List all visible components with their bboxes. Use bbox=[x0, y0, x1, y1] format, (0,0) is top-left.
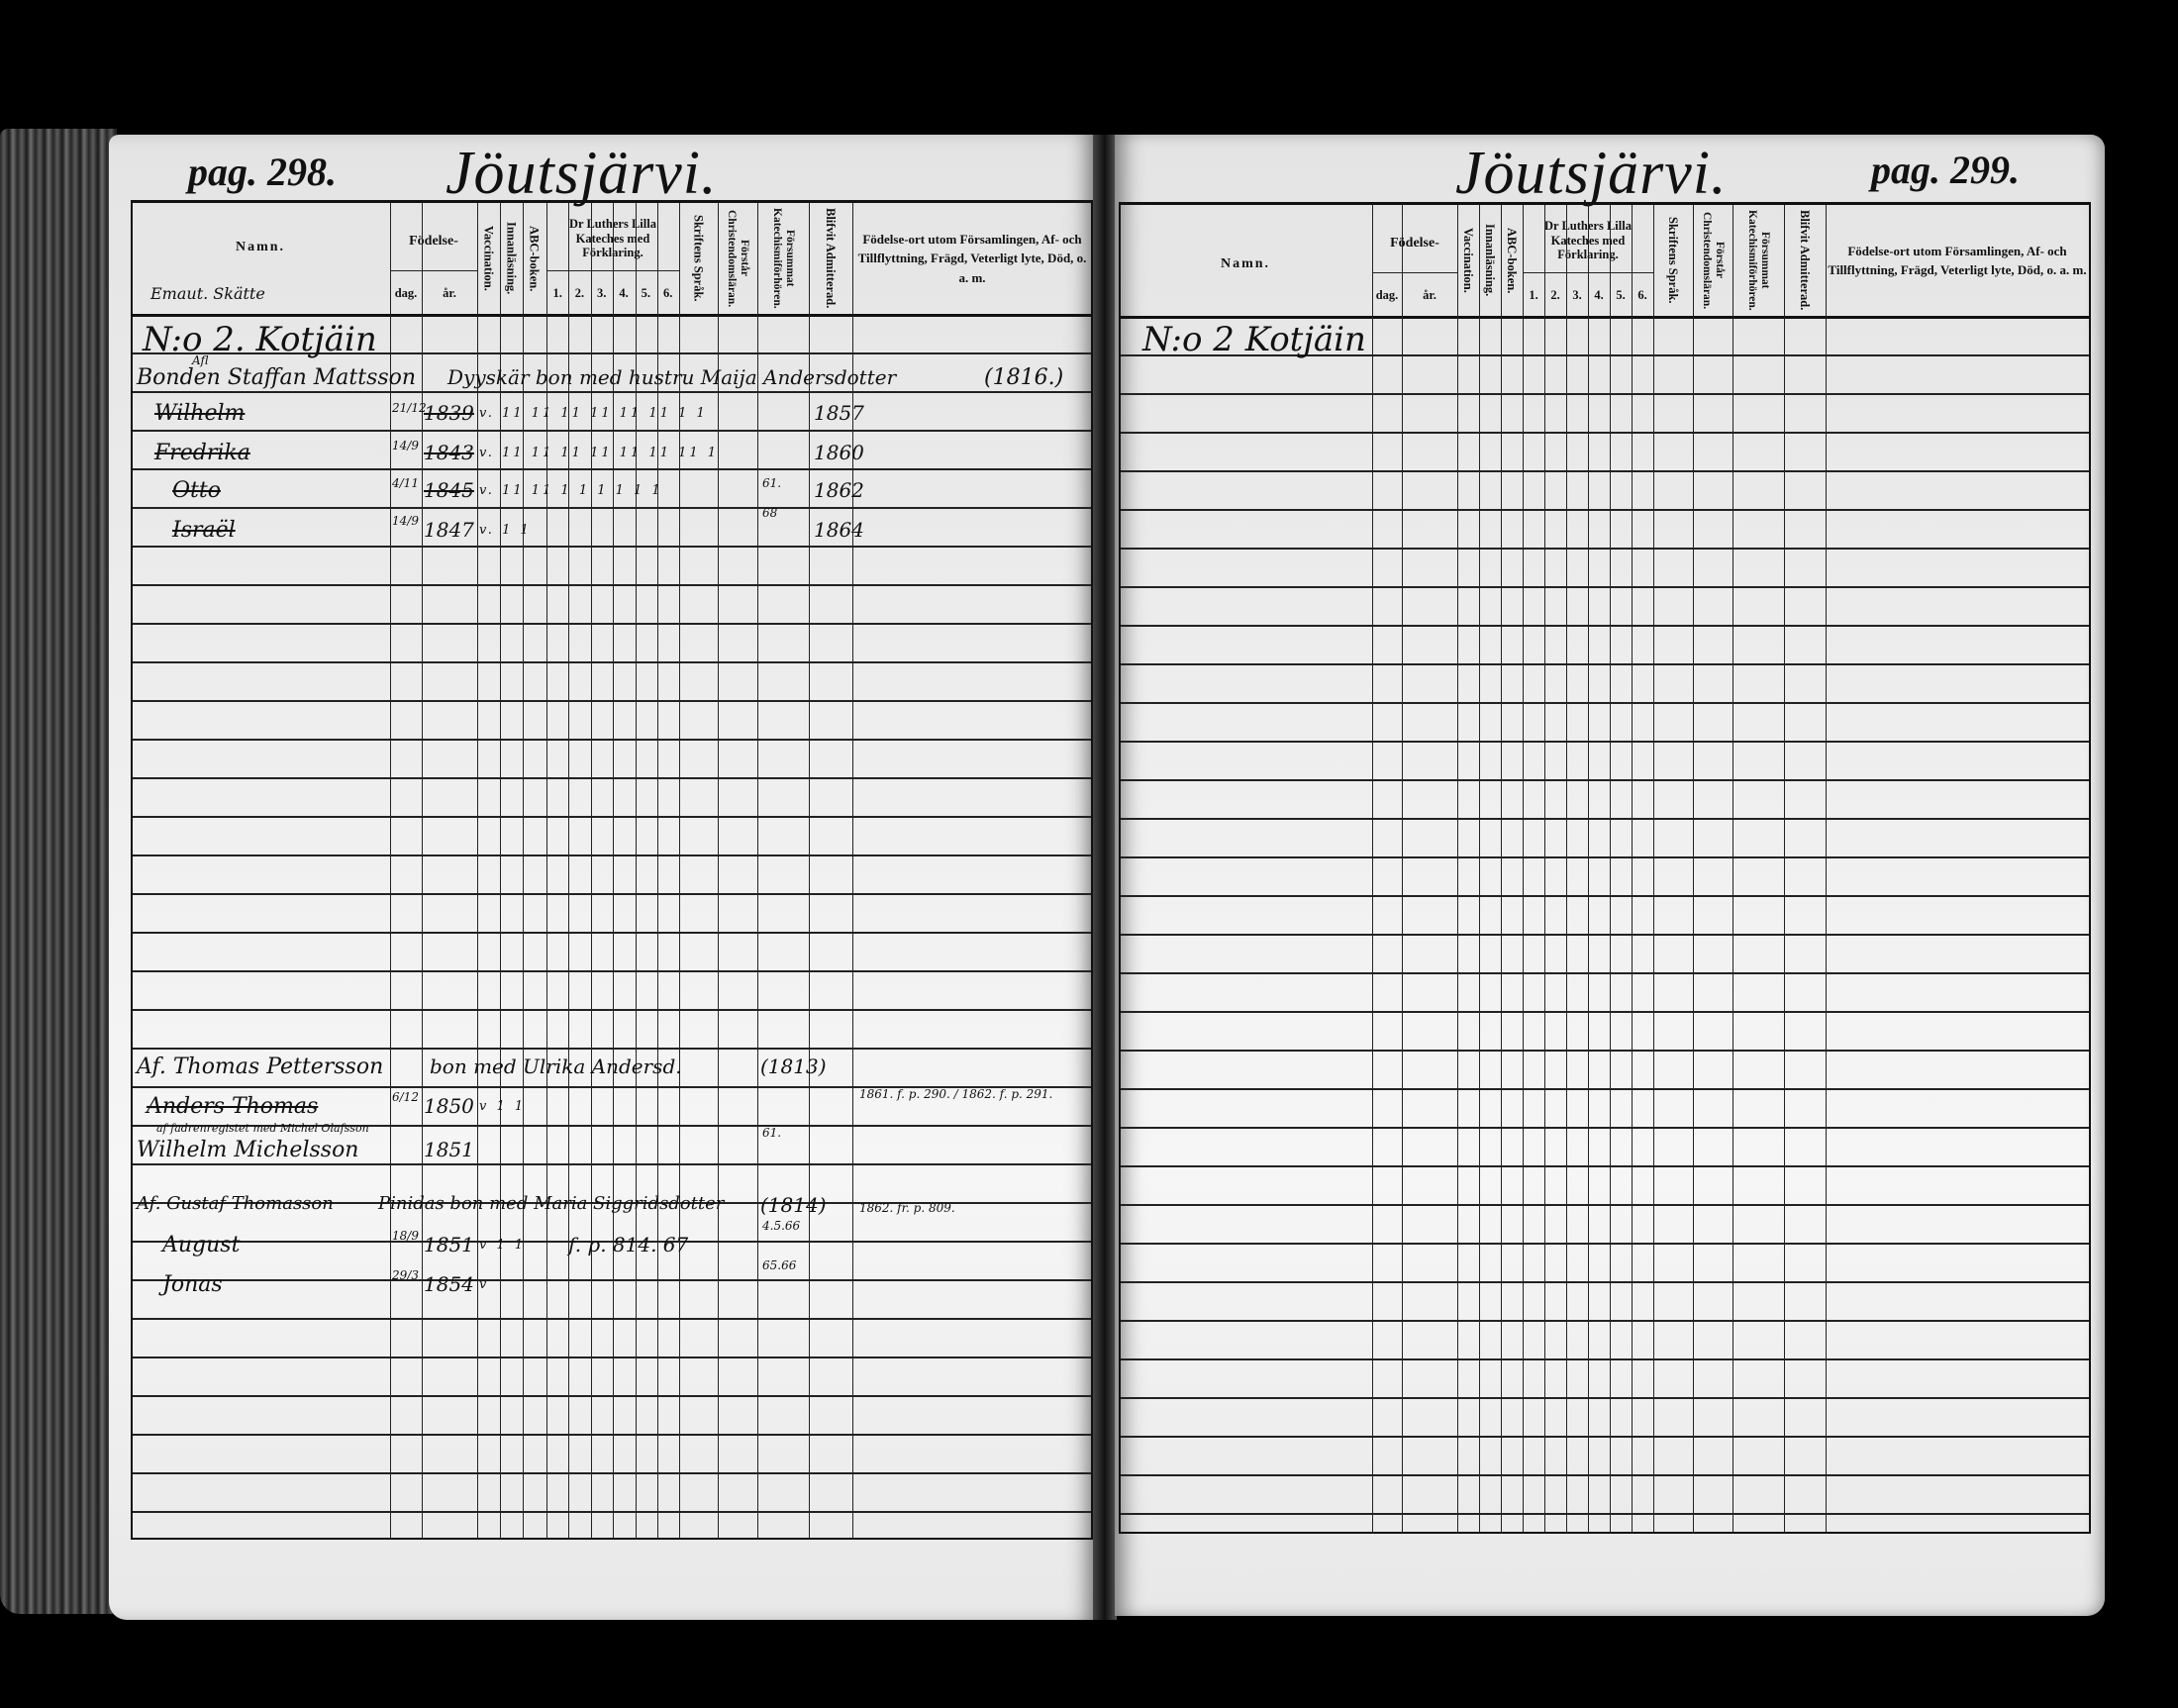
column-rule bbox=[1653, 205, 1654, 1532]
column-rule bbox=[591, 203, 592, 1538]
column-rule bbox=[757, 203, 758, 1538]
namn-header: Namn. bbox=[1121, 225, 1370, 304]
row-rule bbox=[133, 1434, 1091, 1436]
katekes-part-header: 2. bbox=[1544, 276, 1566, 314]
row-rule bbox=[133, 430, 1091, 432]
blifvit-header: Blifvit Admitterad. bbox=[809, 207, 852, 310]
row-rule bbox=[133, 854, 1091, 856]
row-rule bbox=[1121, 934, 2089, 936]
dag-header: dag. bbox=[390, 274, 422, 312]
column-rule bbox=[1457, 205, 1458, 1532]
fodelseort-header: Födelse-ort utom Församlingen, Af- och T… bbox=[855, 213, 1089, 304]
row-rule bbox=[133, 1511, 1091, 1513]
entry-bracket-note: f. p. 814. 67 bbox=[568, 1233, 688, 1256]
row-rule bbox=[1121, 1243, 2089, 1245]
column-rule bbox=[1402, 205, 1403, 1532]
column-rule bbox=[718, 203, 719, 1538]
row-rule bbox=[1121, 856, 2089, 858]
row-rule bbox=[1121, 509, 2089, 511]
entry-forsummat: 61. bbox=[762, 476, 781, 490]
entry-name: Anders Thomas bbox=[147, 1094, 318, 1119]
row-rule bbox=[1121, 1127, 2089, 1129]
column-rule bbox=[809, 203, 810, 1538]
entry-year: 1843 bbox=[424, 441, 474, 464]
entry-details: Dyyskär bon med hustru Maija Andersdotte… bbox=[447, 365, 896, 389]
vaccination-header: Vaccination. bbox=[1457, 209, 1479, 312]
row-rule bbox=[133, 1395, 1091, 1397]
entry-forsummat: 4.5.66 bbox=[762, 1219, 800, 1233]
entry-dag: 4/11 bbox=[392, 476, 419, 490]
right-ledger-table: Namn. Födelse- dag. år. Vaccination. Inn… bbox=[1119, 202, 2091, 1534]
entry-year: 1851 bbox=[424, 1233, 474, 1256]
row-rule bbox=[1121, 393, 2089, 395]
namn-header: Namn. bbox=[133, 223, 388, 272]
katekes-part-header: 5. bbox=[1610, 276, 1632, 314]
entry-name: Bonden Staffan Mattsson bbox=[137, 365, 416, 390]
household-heading: N:o 2 Kotjäin bbox=[1142, 320, 1366, 359]
row-rule bbox=[133, 623, 1091, 625]
entry-forsummat: 65.66 bbox=[762, 1258, 796, 1272]
ar-header: år. bbox=[1402, 276, 1457, 314]
entry-year: 1845 bbox=[424, 478, 474, 502]
ar-header: år. bbox=[422, 274, 477, 312]
column-rule bbox=[613, 203, 614, 1538]
row-rule bbox=[133, 700, 1091, 702]
entry-name: Fredrika bbox=[154, 441, 250, 465]
entry-details: bon med Ulrika Andersd. bbox=[430, 1055, 682, 1078]
katekes-part-header: 6. bbox=[657, 274, 679, 312]
entry-year-note: (1816.) bbox=[984, 365, 1063, 390]
entry-marks: v. 11 11 1 1 1 1 1 1 bbox=[479, 483, 663, 498]
forsummat-header: Försummat Katechismiförhören. bbox=[757, 207, 809, 310]
row-rule bbox=[1121, 1436, 2089, 1438]
row-rule bbox=[1121, 1204, 2089, 1206]
row-rule bbox=[133, 391, 1091, 393]
entry-year: 1850 bbox=[424, 1094, 474, 1118]
row-rule bbox=[133, 1472, 1091, 1474]
abc-header: ABC-boken. bbox=[1501, 209, 1523, 312]
vaccination-header: Vaccination. bbox=[477, 207, 500, 310]
forstar-header: Förstår Christendomsläran. bbox=[718, 207, 757, 310]
row-rule bbox=[1121, 432, 2089, 434]
row-rule bbox=[1121, 1320, 2089, 1322]
left-ledger-header: Namn. Emaut. Skätte Födelse- dag. år. Va… bbox=[133, 203, 1091, 317]
row-rule bbox=[1121, 663, 2089, 665]
row-rule bbox=[133, 507, 1091, 509]
entry-marks: v. 1 1 bbox=[479, 523, 532, 538]
skriftens-header: Skriftens Språk. bbox=[679, 207, 718, 310]
forsummat-header: Försummat Katechismiförhören. bbox=[1732, 209, 1784, 312]
entry-move-note: 1861. f. p. 290. / 1862. f. p. 291. bbox=[859, 1084, 1052, 1104]
entry-forsummat: 68 bbox=[762, 506, 777, 520]
column-rule bbox=[1372, 205, 1373, 1532]
forstar-header: Förstår Christendomsläran. bbox=[1693, 209, 1732, 312]
column-rule bbox=[500, 203, 501, 1538]
row-rule bbox=[1121, 470, 2089, 472]
entry-dag: 14/9 bbox=[392, 439, 419, 452]
entry-year-note: (1813) bbox=[760, 1055, 827, 1078]
entry-dag: 21/12 bbox=[392, 401, 427, 415]
column-rule bbox=[1693, 205, 1694, 1532]
entry-name: Wilhelm Michelsson bbox=[137, 1138, 358, 1162]
row-rule bbox=[1121, 1088, 2089, 1090]
entry-year: 1847 bbox=[424, 518, 474, 542]
entry-dag: 18/9 bbox=[392, 1229, 419, 1243]
fodelseort-header: Födelse-ort utom Församlingen, Af- och T… bbox=[1828, 215, 2087, 306]
entry-marks: v bbox=[479, 1277, 486, 1292]
entry-name: Jonas bbox=[162, 1272, 223, 1297]
subheader-note: Emaut. Skätte bbox=[150, 284, 265, 303]
row-rule bbox=[1121, 1358, 2089, 1360]
abc-header: ABC-boken. bbox=[523, 207, 545, 310]
row-rule bbox=[133, 546, 1091, 548]
entry-marks: v 1 1 bbox=[479, 1238, 526, 1253]
row-rule bbox=[133, 893, 1091, 895]
column-rule bbox=[1566, 205, 1567, 1532]
row-rule bbox=[133, 468, 1091, 470]
katekes-part-header: 4. bbox=[613, 274, 635, 312]
column-rule bbox=[390, 203, 391, 1538]
row-rule bbox=[1121, 702, 2089, 704]
row-rule bbox=[1121, 1165, 2089, 1167]
row-rule bbox=[1121, 741, 2089, 743]
fodelse-header: Födelse- bbox=[1372, 215, 1457, 272]
household-heading: N:o 2. Kotjäin bbox=[143, 320, 377, 359]
column-rule bbox=[1588, 205, 1589, 1532]
right-ledger-header: Namn. Födelse- dag. år. Vaccination. Inn… bbox=[1121, 205, 2089, 319]
entry-name: Wilhelm bbox=[154, 401, 245, 426]
row-rule bbox=[1121, 818, 2089, 820]
column-rule bbox=[679, 203, 680, 1538]
column-rule bbox=[1826, 205, 1827, 1532]
entry-admitted: 1860 bbox=[814, 441, 864, 464]
katekes-part-header: 6. bbox=[1632, 276, 1653, 314]
row-rule bbox=[133, 1009, 1091, 1011]
column-rule bbox=[1610, 205, 1611, 1532]
row-rule bbox=[1121, 1011, 2089, 1013]
column-rule bbox=[1544, 205, 1545, 1532]
katekes-part-header: 2. bbox=[568, 274, 590, 312]
entry-name: Af. Gustaf Thomasson bbox=[137, 1193, 334, 1214]
entry-year: 1854 bbox=[424, 1272, 474, 1296]
entry-dag: 29/3 bbox=[392, 1268, 419, 1282]
entry-admitted: 1862 bbox=[814, 478, 864, 502]
row-rule bbox=[1121, 1474, 2089, 1476]
row-rule bbox=[1121, 972, 2089, 974]
column-rule bbox=[1732, 205, 1733, 1532]
column-rule bbox=[1523, 205, 1524, 1532]
book-edge bbox=[0, 129, 117, 1614]
column-rule bbox=[477, 203, 478, 1538]
entry-marks: v. 11 11 11 11 11 11 1 1 bbox=[479, 406, 708, 421]
entry-admitted: 1857 bbox=[814, 401, 864, 425]
column-rule bbox=[1784, 205, 1785, 1532]
dag-header: dag. bbox=[1372, 276, 1402, 314]
row-rule bbox=[133, 1279, 1091, 1281]
katekes-part-header: 5. bbox=[635, 274, 656, 312]
column-rule bbox=[1632, 205, 1633, 1532]
entry-forsummat: 61. bbox=[762, 1126, 781, 1140]
katekes-part-header: 3. bbox=[591, 274, 613, 312]
row-rule bbox=[1121, 1397, 2089, 1399]
katekes-part-header: 1. bbox=[1523, 276, 1544, 314]
right-page-number: pag. 299. bbox=[1871, 147, 2020, 193]
innanlasning-header: Innanläsning. bbox=[500, 207, 523, 310]
row-rule bbox=[133, 1048, 1091, 1050]
column-rule bbox=[523, 203, 524, 1538]
left-page-number: pag. 298. bbox=[188, 149, 337, 195]
right-parish-title: Jöutsjärvi. bbox=[1455, 139, 1727, 209]
row-rule bbox=[133, 1163, 1091, 1165]
innanlasning-header: Innanläsning. bbox=[1479, 209, 1501, 312]
row-rule bbox=[1121, 586, 2089, 588]
row-rule bbox=[133, 1356, 1091, 1358]
entry-year-note: (1814) bbox=[760, 1193, 827, 1217]
row-rule bbox=[133, 584, 1091, 586]
row-rule bbox=[133, 970, 1091, 972]
row-rule bbox=[133, 777, 1091, 779]
katekes-part-header: 4. bbox=[1588, 276, 1610, 314]
column-rule bbox=[568, 203, 569, 1538]
entry-dag: 14/9 bbox=[392, 514, 419, 528]
row-rule bbox=[1121, 779, 2089, 781]
entry-move-note: 1862. fr. p. 809. bbox=[859, 1201, 955, 1215]
column-rule bbox=[1479, 205, 1480, 1532]
row-rule bbox=[1121, 1050, 2089, 1052]
katekes-part-header: 3. bbox=[1566, 276, 1588, 314]
entry-marks: v. 11 11 11 11 11 11 11 1 bbox=[479, 446, 719, 460]
entry-name: Otto bbox=[172, 478, 221, 503]
row-rule bbox=[1121, 548, 2089, 550]
skriftens-header: Skriftens Språk. bbox=[1653, 209, 1693, 312]
left-ledger-table: Namn. Emaut. Skätte Födelse- dag. år. Va… bbox=[131, 200, 1093, 1540]
row-rule bbox=[1121, 625, 2089, 627]
fodelse-header: Födelse- bbox=[390, 213, 477, 270]
entry-name: Israël bbox=[172, 518, 236, 543]
entry-dag: 6/12 bbox=[392, 1090, 419, 1104]
entry-note-above: af fadrenregistet med Michel Olafsson bbox=[156, 1122, 369, 1135]
blifvit-header: Blifvit Admitterad. bbox=[1784, 209, 1826, 312]
row-rule bbox=[1121, 895, 2089, 897]
entry-marks: v 1 1 bbox=[479, 1099, 526, 1114]
row-rule bbox=[133, 739, 1091, 741]
row-rule bbox=[133, 816, 1091, 818]
katekes-part-header: 1. bbox=[546, 274, 568, 312]
entry-name: August bbox=[162, 1233, 240, 1257]
column-rule bbox=[1501, 205, 1502, 1532]
entry-year: 1851 bbox=[424, 1138, 474, 1161]
left-parish-title: Jöutsjärvi. bbox=[445, 139, 717, 209]
entry-year: 1839 bbox=[424, 401, 474, 425]
row-rule bbox=[133, 661, 1091, 663]
book-gutter bbox=[1093, 135, 1117, 1620]
column-rule bbox=[636, 203, 637, 1538]
row-rule bbox=[133, 1318, 1091, 1320]
entry-admitted: 1864 bbox=[814, 518, 864, 542]
row-rule bbox=[1121, 1281, 2089, 1283]
column-rule bbox=[546, 203, 547, 1538]
entry-name: Af. Thomas Pettersson bbox=[137, 1055, 383, 1079]
column-rule bbox=[657, 203, 658, 1538]
entry-details: Pinidas bon med Maria Siggridsdotter bbox=[378, 1193, 724, 1214]
row-rule bbox=[1121, 1513, 2089, 1515]
row-rule bbox=[133, 932, 1091, 934]
